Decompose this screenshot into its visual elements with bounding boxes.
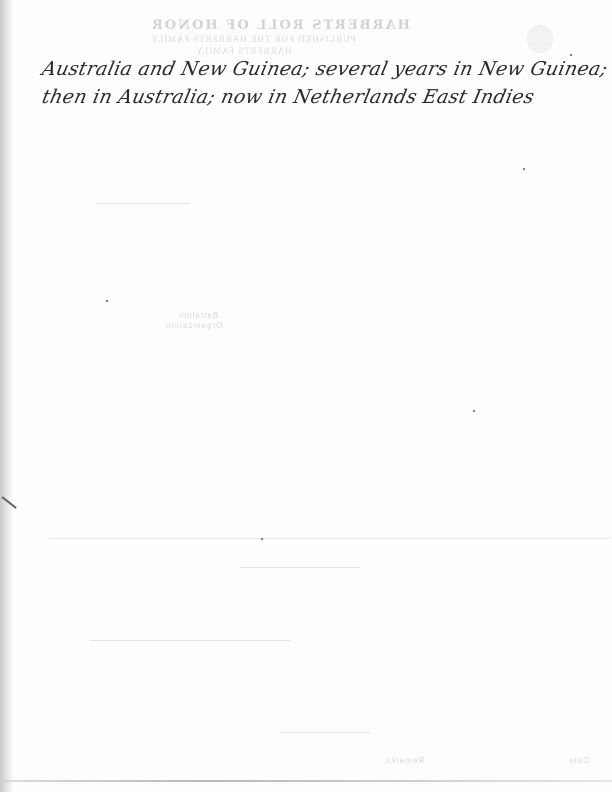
scan-bottom-edge <box>0 780 612 782</box>
bleed-through-field-label: Organization <box>165 321 222 330</box>
bleed-through-field-label: Battalion <box>178 311 218 320</box>
bleed-through-rule <box>95 203 190 204</box>
bleed-through-rule <box>90 640 290 641</box>
handwritten-note-line-2: then in Australia; now in Netherlands Ea… <box>40 86 536 108</box>
bleed-through-heading: HARBERTS ROLL OF HONOR <box>150 18 410 33</box>
bleed-through-subheading-2: HARBERTS FAMILY <box>195 46 292 56</box>
bleed-through-subheading: PUBLISHED FOR THE HARBERTS FAMILY <box>150 34 356 44</box>
scan-edge-shadow <box>0 0 14 792</box>
bleed-through-rule <box>240 567 360 568</box>
ink-speck <box>570 54 572 56</box>
bleed-through-field-label: Remarks <box>385 756 424 765</box>
bleed-through-rule <box>50 538 610 539</box>
scanned-document-page: HARBERTS ROLL OF HONOR PUBLISHED FOR THE… <box>0 0 612 792</box>
ink-speck <box>473 410 475 412</box>
bleed-through-seal-icon <box>527 25 553 53</box>
ink-speck <box>106 300 108 302</box>
ink-speck <box>523 168 525 170</box>
bleed-through-rule <box>280 732 370 733</box>
bleed-through-field-label: Date <box>568 756 589 765</box>
handwritten-note-line-1: Australia and New Guinea; several years … <box>40 58 610 80</box>
ink-speck <box>261 538 263 540</box>
